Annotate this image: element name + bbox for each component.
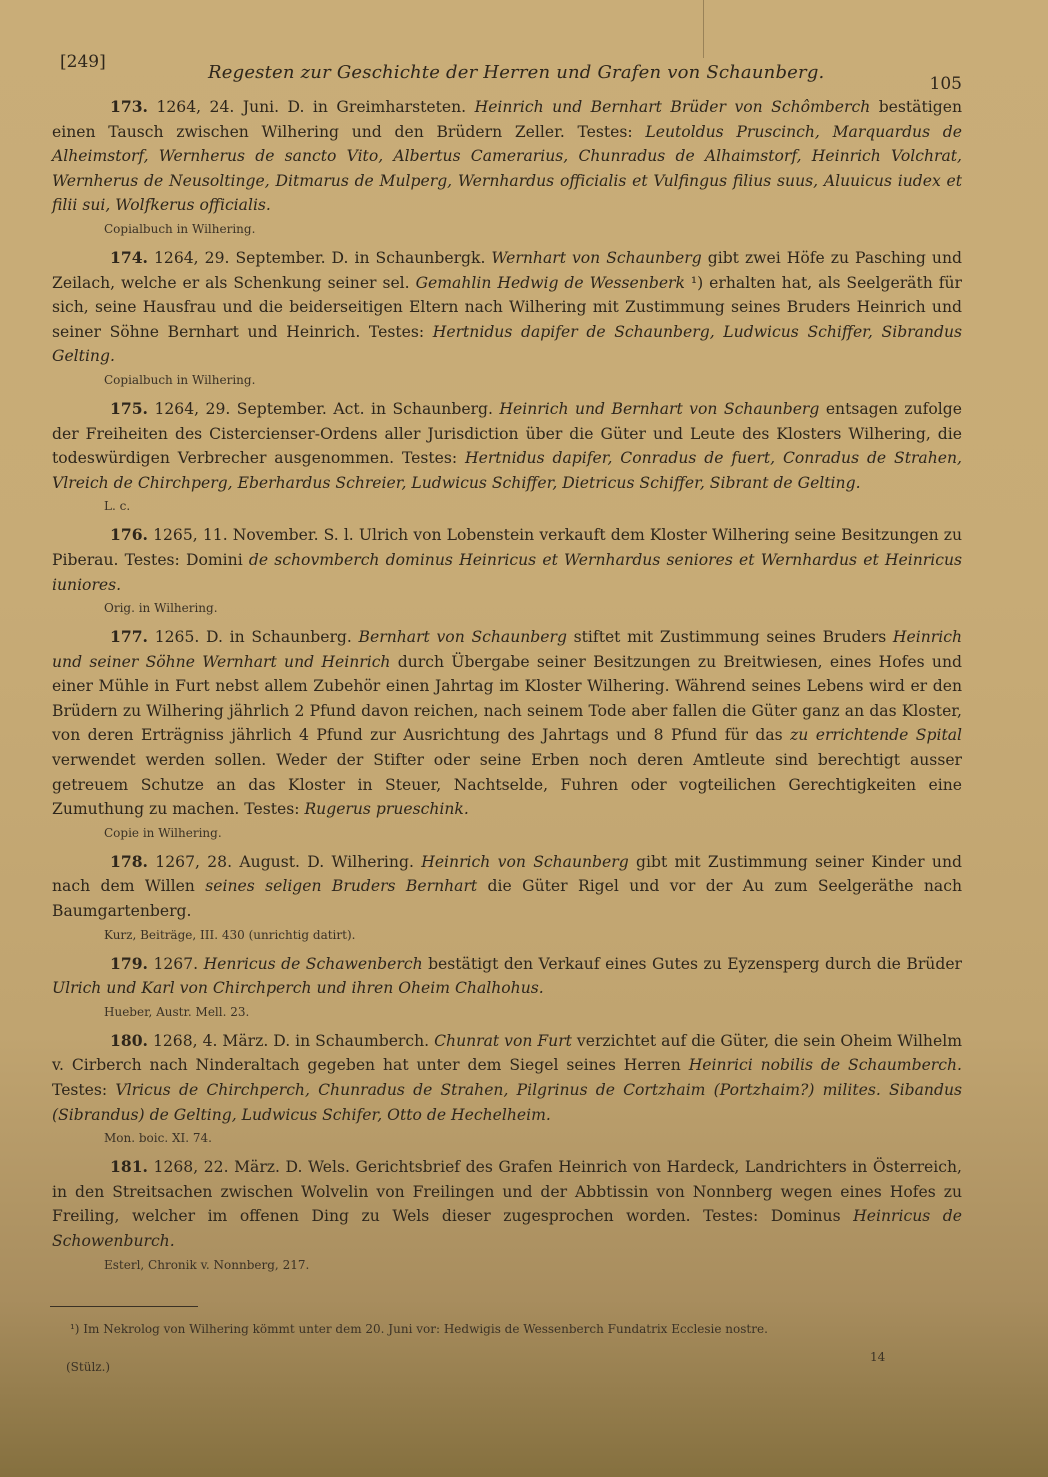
running-header: [249] Regesten zur Geschichte der Herren… [60,52,962,82]
entry-source: L. c. [104,495,962,517]
entry-number: 177. [110,627,148,646]
entry-number: 173. [110,97,148,116]
text-segment: 1268, 4. März. D. in Schaumberch. [148,1032,434,1050]
italic-name-segment: seines seligen Bruders Bernhart [205,877,477,895]
italic-name-segment: Vlricus de Chirchperch, Chunradus de Str… [52,1081,962,1124]
text-segment: 1264, 24. Juni. D. in Greimharsteten. [148,98,475,116]
regest-entry: 180. 1268, 4. März. D. in Schaumberch. C… [52,1029,962,1149]
printer-mark: (Stülz.) [66,1360,110,1374]
text-segment: 1264, 29. September. Act. in Schaunberg. [148,400,499,418]
entry-source: Esterl, Chronik v. Nonnberg, 217. [104,1254,962,1276]
bracket-page-number: [249] [60,52,106,72]
entry-source: Mon. boic. XI. 74. [104,1127,962,1149]
entry-source: Copie in Wilhering. [104,822,962,844]
text-segment: 1264, 29. September. D. in Schaunbergk. [148,249,491,267]
text-segment: Testes: [52,1081,115,1099]
italic-name-segment: Rugerus prueschink. [304,800,468,818]
running-title: Regesten zur Geschichte der Herren und G… [208,62,824,83]
entry-number: 175. [110,399,148,418]
italic-name-segment: Ulrich und Karl von Chirchperch und ihre… [52,979,544,997]
entry-number: 174. [110,248,148,267]
text-segment: stiftet mit Zustimmung seines Bruders [567,628,893,646]
regest-entry: 179. 1267. Henricus de Schawenberch best… [52,952,962,1023]
entry-text: 179. 1267. Henricus de Schawenberch best… [52,952,962,1001]
regest-entry: 175. 1264, 29. September. Act. in Schaun… [52,397,962,517]
entry-number: 180. [110,1031,148,1050]
regesten-entries: 173. 1264, 24. Juni. D. in Greimharstete… [52,95,962,1282]
italic-name-segment: Heinrich und Bernhart von Schaunberg [499,400,819,418]
entry-text: 175. 1264, 29. September. Act. in Schaun… [52,397,962,495]
entry-text: 173. 1264, 24. Juni. D. in Greimharstete… [52,95,962,218]
text-segment: verwendet werden sollen. Weder der Stift… [52,751,962,818]
entry-text: 178. 1267, 28. August. D. Wilhering. Hei… [52,850,962,924]
italic-name-segment: Chunrat von Furt [434,1032,572,1050]
italic-name-segment: Bernhart von Schaunberg [359,628,567,646]
text-segment: 1265. D. in Schaunberg. [148,628,359,646]
entry-number: 181. [110,1157,148,1176]
entry-text: 180. 1268, 4. März. D. in Schaumberch. C… [52,1029,962,1127]
italic-name-segment: Heinrich von Schaunberg [421,853,628,871]
page-number: 105 [930,74,962,94]
footnote: ¹) Im Nekrolog von Wilhering kömmt unter… [70,1322,768,1336]
entry-source: Hueber, Austr. Mell. 23. [104,1001,962,1023]
entry-number: 179. [110,954,148,973]
italic-name-segment: Henricus de Schawenberch [204,955,423,973]
italic-name-segment: Heinrici nobilis de Schaumberch. [689,1056,962,1074]
entry-source: Orig. in Wilhering. [104,597,962,619]
entry-text: 174. 1264, 29. September. D. in Schaunbe… [52,246,962,369]
paper-crease [703,0,704,58]
text-segment: 1267, 28. August. D. Wilhering. [148,853,421,871]
entry-text: 181. 1268, 22. März. D. Wels. Gerichtsbr… [52,1155,962,1253]
entry-text: 177. 1265. D. in Schaunberg. Bernhart vo… [52,625,962,822]
regest-entry: 181. 1268, 22. März. D. Wels. Gerichtsbr… [52,1155,962,1275]
regest-entry: 174. 1264, 29. September. D. in Schaunbe… [52,246,962,391]
italic-name-segment: Gemahlin Hedwig de Wessenberk [416,274,685,292]
signature-mark: 14 [870,1350,885,1364]
italic-name-segment: zu errichtende Spital [790,726,962,744]
footnote-divider [50,1306,198,1307]
entry-number: 176. [110,525,148,544]
italic-name-segment: Wernhart von Schaunberg [491,249,701,267]
regest-entry: 176. 1265, 11. November. S. l. Ulrich vo… [52,523,962,619]
italic-name-segment: Heinrich und Bernhart Brüder von Schômbe… [475,98,871,116]
scanned-page: [249] Regesten zur Geschichte der Herren… [0,0,1048,1477]
regest-entry: 173. 1264, 24. Juni. D. in Greimharstete… [52,95,962,240]
entry-text: 176. 1265, 11. November. S. l. Ulrich vo… [52,523,962,597]
entry-source: Copialbuch in Wilhering. [104,369,962,391]
entry-source: Kurz, Beiträge, III. 430 (unrichtig dati… [104,924,962,946]
entry-number: 178. [110,852,148,871]
text-segment: bestätigt den Verkauf eines Gutes zu Eyz… [423,955,962,973]
text-segment: 1267. [148,955,204,973]
entry-source: Copialbuch in Wilhering. [104,218,962,240]
regest-entry: 177. 1265. D. in Schaunberg. Bernhart vo… [52,625,962,844]
text-segment: 1268, 22. März. D. Wels. Gerichtsbrief d… [52,1158,962,1225]
regest-entry: 178. 1267, 28. August. D. Wilhering. Hei… [52,850,962,946]
